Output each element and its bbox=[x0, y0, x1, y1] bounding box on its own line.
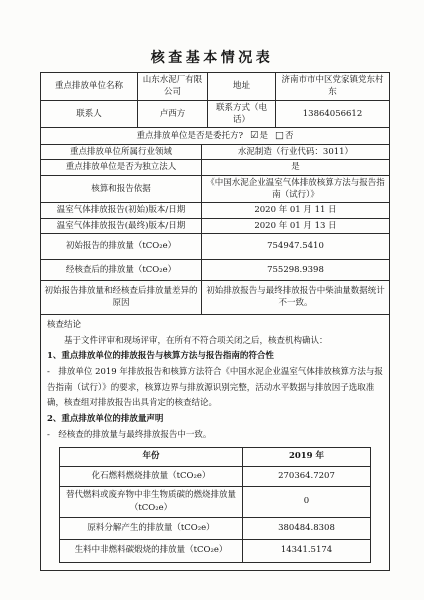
address-label: 地址 bbox=[207, 73, 275, 100]
unit-name-value: 山东水泥厂有限公司 bbox=[137, 73, 207, 100]
basic-info-table: 重点排放单位名称 山东水泥厂有限公司 地址 济南市市中区党家镇党东村东 联系人 … bbox=[40, 72, 390, 571]
table-header-row: 年份 2019 年 bbox=[60, 448, 370, 466]
client-question-row: 重点排放单位是否是委托方? ☑ 是 □ 否 bbox=[41, 128, 389, 144]
final-version-value: 2020 年 01 月 13 日 bbox=[201, 219, 389, 233]
conclusion-item2-text: - 经核查的排放量与最终排放报告中一致。 bbox=[47, 428, 383, 444]
no-option-label: 否 bbox=[285, 130, 294, 142]
yes-option-label: 是 bbox=[260, 130, 269, 142]
raw-meal-carbon-emission-label: 生料中非燃料碳煅烧的排放量（tCO₂e） bbox=[60, 540, 242, 562]
table-row: 重点排放单位所属行业领域 水泥制造（行业代码：3011） bbox=[41, 144, 389, 159]
conclusion-item1-text: - 排放单位 2019 年排放报告和核算方法符合《中国水泥企业温室气体排放核算方… bbox=[47, 365, 383, 412]
conclusion-row: 核查结论 基于文件评审和现场评审，在所有不符合项关闭之后，核查机构确认： 1、重… bbox=[41, 314, 389, 570]
address-value: 济南市市中区党家镇党东村东 bbox=[275, 73, 389, 100]
raw-meal-carbon-emission-value: 14341.5174 bbox=[242, 540, 370, 562]
final-version-label: 温室气体排放报告(最终)版本/日期 bbox=[41, 219, 201, 233]
raw-material-emission-value: 380484.8308 bbox=[242, 518, 370, 539]
unit-name-label: 重点排放单位名称 bbox=[41, 73, 137, 100]
year-value-header: 2019 年 bbox=[242, 448, 370, 466]
table-row: 化石燃料燃烧排放量（tCO₂e） 270364.7207 bbox=[60, 466, 370, 486]
independent-entity-value: 是 bbox=[201, 160, 389, 174]
table-row: 替代燃料或废弃物中非生物质碳的燃烧排放量（tCO₂e） 0 bbox=[60, 486, 370, 517]
year-header: 年份 bbox=[60, 448, 242, 466]
conclusion-item1-title: 1、重点排放单位的排放报告与核算方法与报告指南的符合性 bbox=[47, 349, 383, 365]
initial-version-label: 温室气体排放报告(初始)版本/日期 bbox=[41, 203, 201, 217]
independent-entity-label: 重点排放单位是否为独立法人 bbox=[41, 160, 201, 174]
difference-reason-label: 初始报告排放量和经核查后排放量差异的原因 bbox=[41, 281, 201, 314]
table-row: 温室气体排放报告(初始)版本/日期 2020 年 01 月 11 日 bbox=[41, 202, 389, 217]
fossil-fuel-emission-label: 化石燃料燃烧排放量（tCO₂e） bbox=[60, 467, 242, 486]
contact-label: 联系人 bbox=[41, 101, 137, 128]
conclusion-section: 核查结论 基于文件评审和现场评审，在所有不符合项关闭之后，核查机构确认： 1、重… bbox=[41, 315, 389, 570]
alternative-fuel-emission-value: 0 bbox=[242, 487, 370, 517]
initial-version-value: 2020 年 01 月 11 日 bbox=[201, 203, 389, 217]
verified-emission-value: 755298.9398 bbox=[201, 260, 389, 280]
initial-emission-label: 初始报告的排放量（tCO₂e） bbox=[41, 234, 201, 259]
page-title: 核查基本情况表 bbox=[0, 47, 424, 67]
basis-label: 核算和报告依据 bbox=[41, 176, 201, 203]
conclusion-intro: 基于文件评审和现场评审，在所有不符合项关闭之后，核查机构确认： bbox=[47, 334, 383, 350]
table-row: 初始报告的排放量（tCO₂e） 754947.5410 bbox=[41, 233, 389, 259]
checked-checkbox-icon: ☑ bbox=[250, 129, 259, 143]
client-question-label: 重点排放单位是否是委托方? bbox=[136, 130, 243, 142]
industry-value: 水泥制造（行业代码：3011） bbox=[201, 145, 389, 159]
table-row: 重点排放单位是否为独立法人 是 bbox=[41, 159, 389, 174]
table-row: 生料中非燃料碳煅烧的排放量（tCO₂e） 14341.5174 bbox=[60, 539, 370, 562]
verified-emission-label: 经核查后的排放量（tCO₂e） bbox=[41, 260, 201, 280]
table-row: 联系人 卢西方 联系方式（电话） 13864056612 bbox=[41, 100, 389, 128]
industry-label: 重点排放单位所属行业领域 bbox=[41, 145, 201, 159]
initial-emission-value: 754947.5410 bbox=[201, 234, 389, 259]
table-row: 初始报告排放量和经核查后排放量差异的原因 初始排放报告与最终排放报告中柴油量数据… bbox=[41, 280, 389, 314]
document-page: 核查基本情况表 重点排放单位名称 山东水泥厂有限公司 地址 济南市市中区党家镇党… bbox=[0, 0, 424, 600]
phone-label: 联系方式（电话） bbox=[207, 101, 275, 128]
conclusion-item2-title: 2、重点排放单位的排放量声明 bbox=[47, 412, 383, 428]
basis-value: 《中国水泥企业温室气体排放核算方法与报告指南（试行）》 bbox=[201, 176, 389, 203]
table-row: 重点排放单位名称 山东水泥厂有限公司 地址 济南市市中区党家镇党东村东 bbox=[41, 73, 389, 100]
alternative-fuel-emission-label: 替代燃料或废弃物中非生物质碳的燃烧排放量（tCO₂e） bbox=[60, 487, 242, 517]
conclusion-heading: 核查结论 bbox=[47, 318, 383, 334]
unchecked-checkbox-icon: □ bbox=[275, 129, 284, 143]
client-yes-option: ☑ 是 bbox=[250, 129, 268, 143]
contact-value: 卢西方 bbox=[137, 101, 207, 128]
table-row: 重点排放单位是否是委托方? ☑ 是 □ 否 bbox=[41, 127, 389, 144]
phone-value: 13864056612 bbox=[275, 101, 389, 128]
fossil-fuel-emission-value: 270364.7207 bbox=[242, 467, 370, 486]
table-row: 原料分解产生的排放量（tCO₂e） 380484.8308 bbox=[60, 517, 370, 539]
table-row: 经核查后的排放量（tCO₂e） 755298.9398 bbox=[41, 259, 389, 280]
table-row: 核算和报告依据 《中国水泥企业温室气体排放核算方法与报告指南（试行）》 bbox=[41, 175, 389, 203]
table-row: 温室气体排放报告(最终)版本/日期 2020 年 01 月 13 日 bbox=[41, 218, 389, 233]
emission-breakdown-table: 年份 2019 年 化石燃料燃烧排放量（tCO₂e） 270364.7207 替… bbox=[59, 447, 371, 563]
raw-material-emission-label: 原料分解产生的排放量（tCO₂e） bbox=[60, 518, 242, 539]
client-no-option: □ 否 bbox=[275, 129, 294, 143]
difference-reason-value: 初始排放报告与最终排放报告中柴油量数据统计不一致。 bbox=[201, 281, 389, 314]
